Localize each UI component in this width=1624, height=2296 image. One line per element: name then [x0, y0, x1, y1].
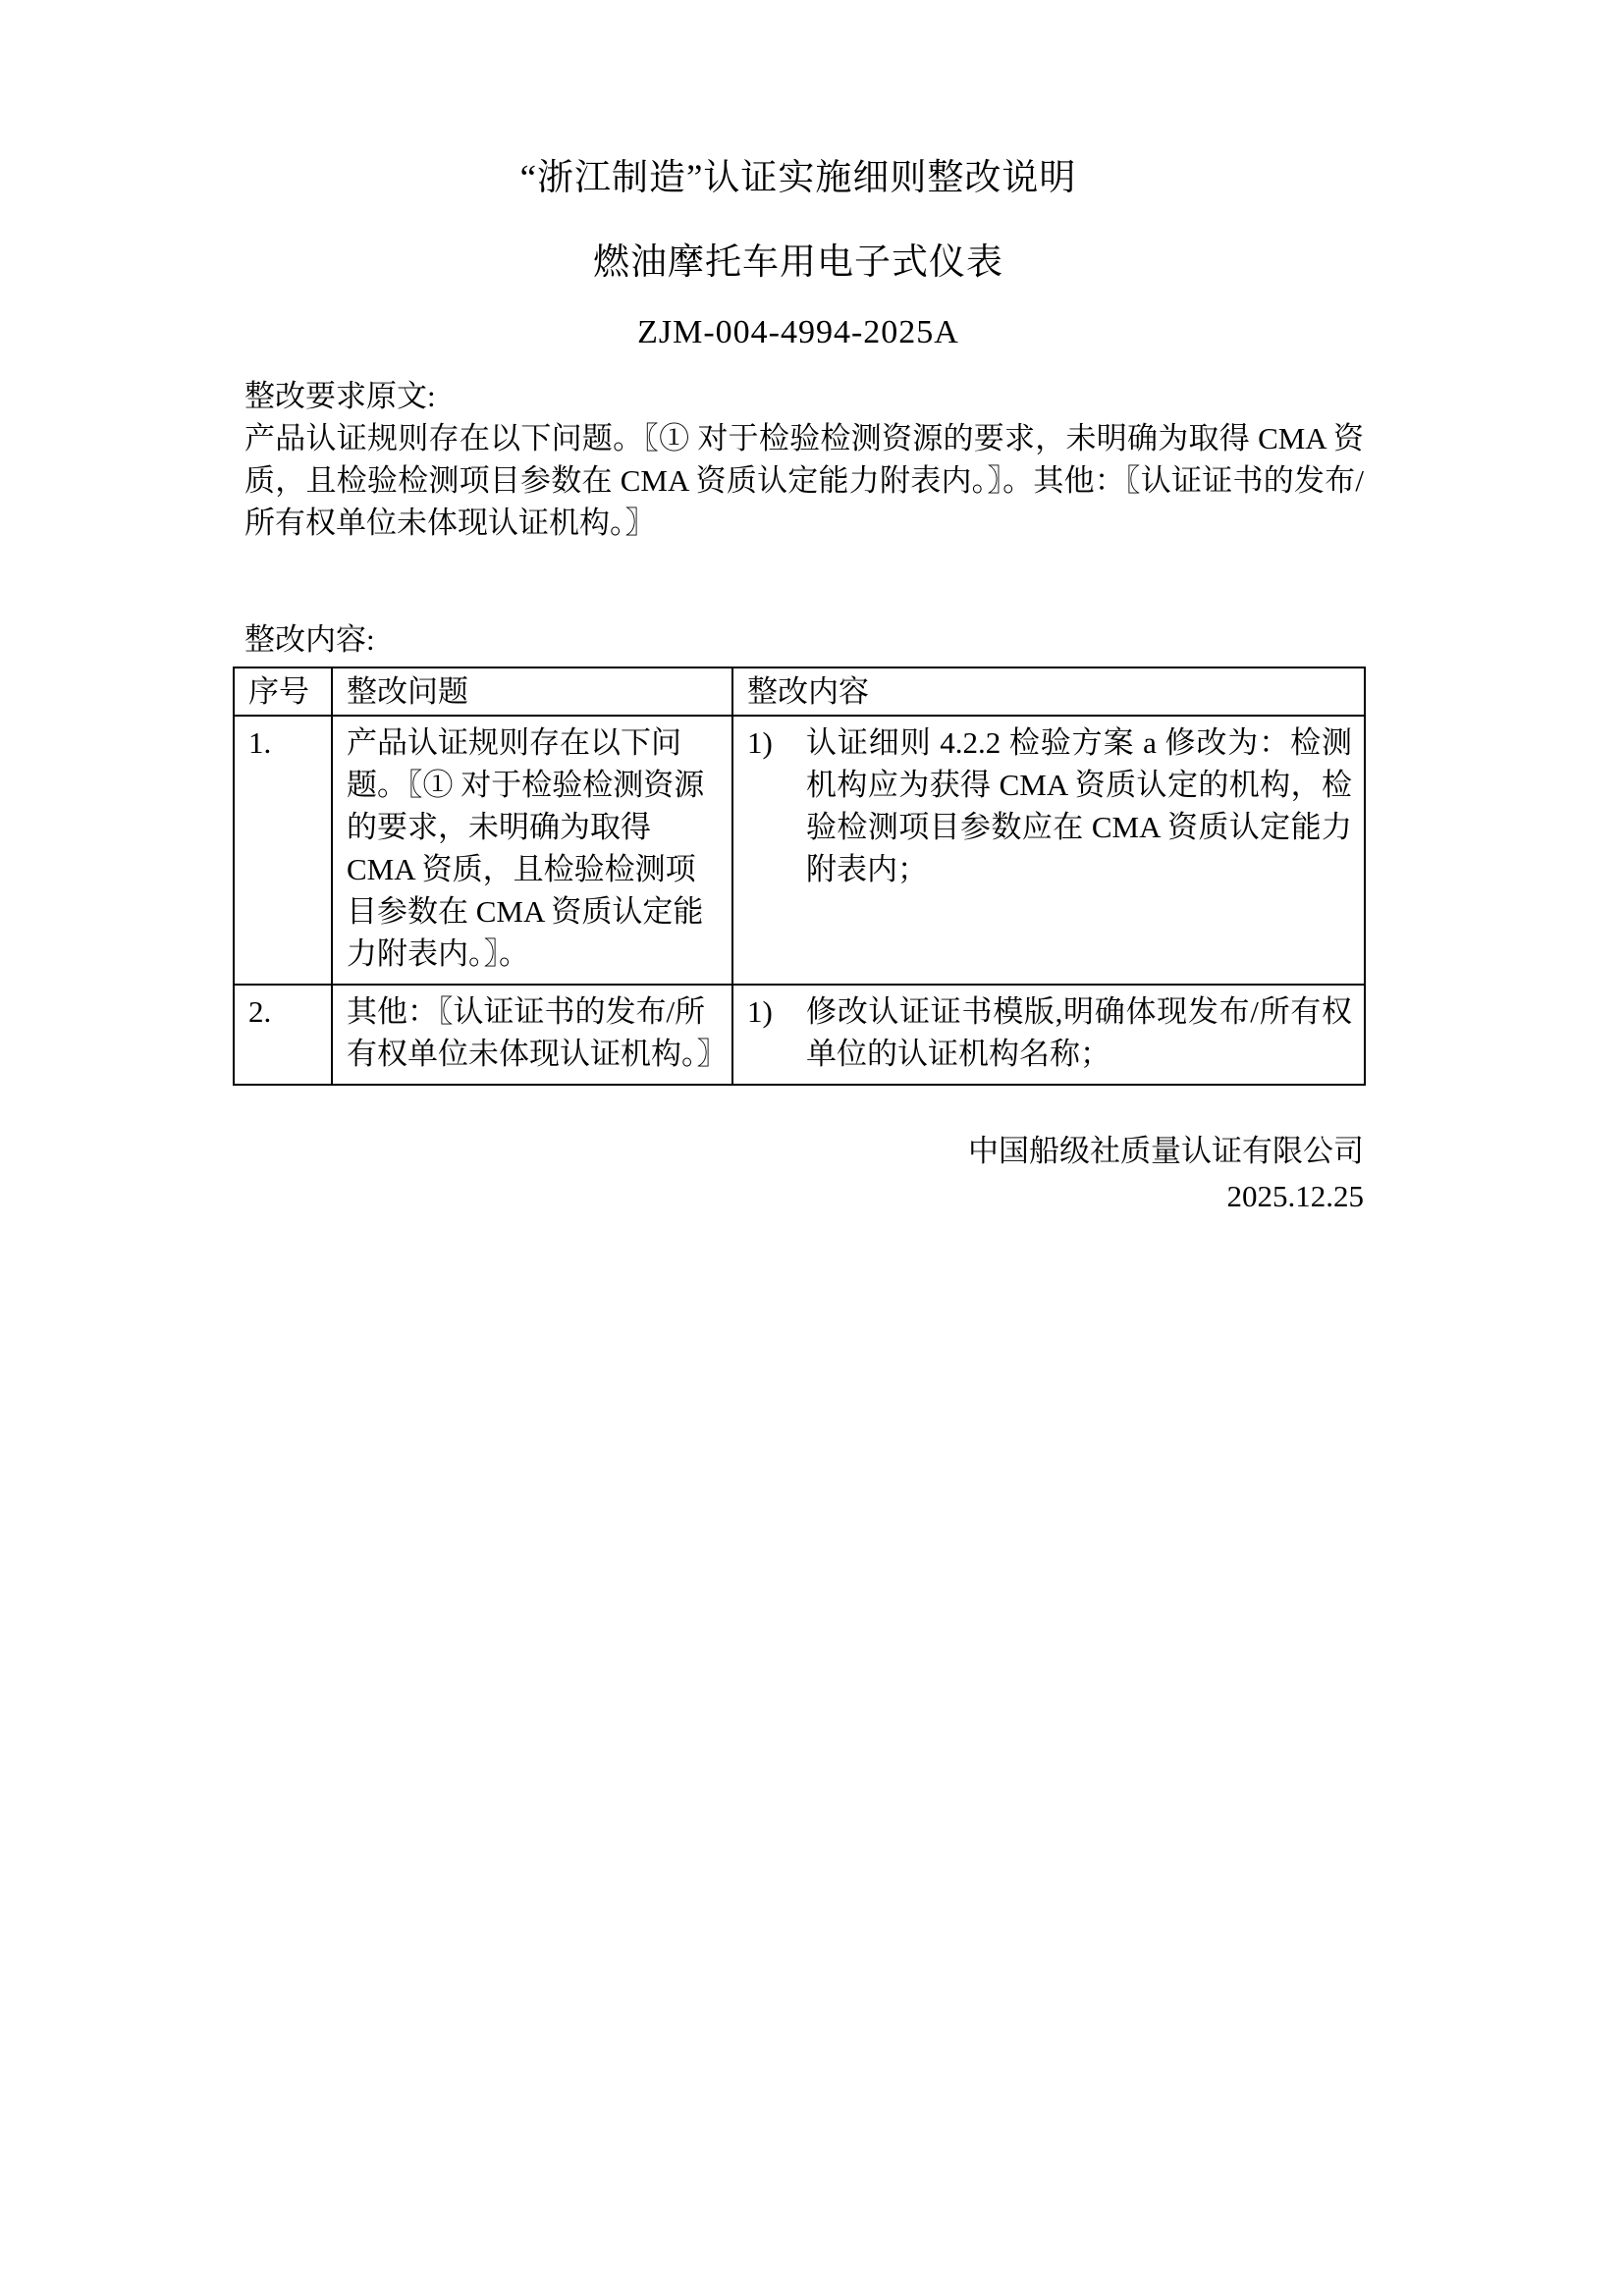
row-problem: 产品认证规则存在以下问题。〖① 对于检验检测资源的要求，未明确为取得 CMA 资…	[332, 716, 732, 985]
content-heading: 整改内容:	[233, 618, 1364, 661]
row-content: 1) 认证细则 4.2.2 检验方案 a 修改为：检测机构应为获得 CMA 资质…	[732, 716, 1365, 985]
numbered-item: 1) 认证细则 4.2.2 检验方案 a 修改为：检测机构应为获得 CMA 资质…	[747, 721, 1352, 890]
footer-date: 2025.12.25	[233, 1174, 1364, 1219]
document-page: “浙江制造”认证实施细则整改说明 燃油摩托车用电子式仪表 ZJM-004-499…	[0, 0, 1624, 2296]
item-marker: 1)	[747, 721, 806, 764]
table-header-row: 序号 整改问题 整改内容	[234, 667, 1365, 716]
row-content: 1) 修改认证证书模版,明确体现发布/所有权单位的认证机构名称；	[732, 985, 1365, 1085]
table-header-problem: 整改问题	[332, 667, 732, 716]
table-row: 2. 其他：〖认证证书的发布/所有权单位未体现认证机构。〗 1) 修改认证证书模…	[234, 985, 1365, 1085]
table-header-content: 整改内容	[732, 667, 1365, 716]
item-text: 修改认证证书模版,明确体现发布/所有权单位的认证机构名称；	[806, 990, 1352, 1075]
numbered-item: 1) 修改认证证书模版,明确体现发布/所有权单位的认证机构名称；	[747, 990, 1352, 1075]
document-title: “浙江制造”认证实施细则整改说明	[233, 147, 1364, 200]
rectification-table: 序号 整改问题 整改内容 1. 产品认证规则存在以下问题。〖① 对于检验检测资源…	[233, 667, 1366, 1086]
document-content: “浙江制造”认证实施细则整改说明 燃油摩托车用电子式仪表 ZJM-004-499…	[233, 0, 1364, 1219]
document-number: ZJM-004-4994-2025A	[233, 314, 1364, 351]
requirement-paragraph: 产品认证规则存在以下问题。〖① 对于检验检测资源的要求，未明确为取得 CMA 资…	[233, 417, 1364, 544]
table-row: 1. 产品认证规则存在以下问题。〖① 对于检验检测资源的要求，未明确为取得 CM…	[234, 716, 1365, 985]
row-index: 2.	[234, 985, 332, 1085]
document-footer: 中国船级社质量认证有限公司 2025.12.25	[233, 1129, 1364, 1219]
item-marker: 1)	[747, 990, 806, 1033]
row-problem: 其他：〖认证证书的发布/所有权单位未体现认证机构。〗	[332, 985, 732, 1085]
requirement-heading: 整改要求原文:	[233, 375, 1364, 417]
footer-company: 中国船级社质量认证有限公司	[233, 1129, 1364, 1174]
row-index: 1.	[234, 716, 332, 985]
item-text: 认证细则 4.2.2 检验方案 a 修改为：检测机构应为获得 CMA 资质认定的…	[806, 721, 1352, 890]
document-subtitle: 燃油摩托车用电子式仪表	[233, 232, 1364, 285]
table-header-index: 序号	[234, 667, 332, 716]
